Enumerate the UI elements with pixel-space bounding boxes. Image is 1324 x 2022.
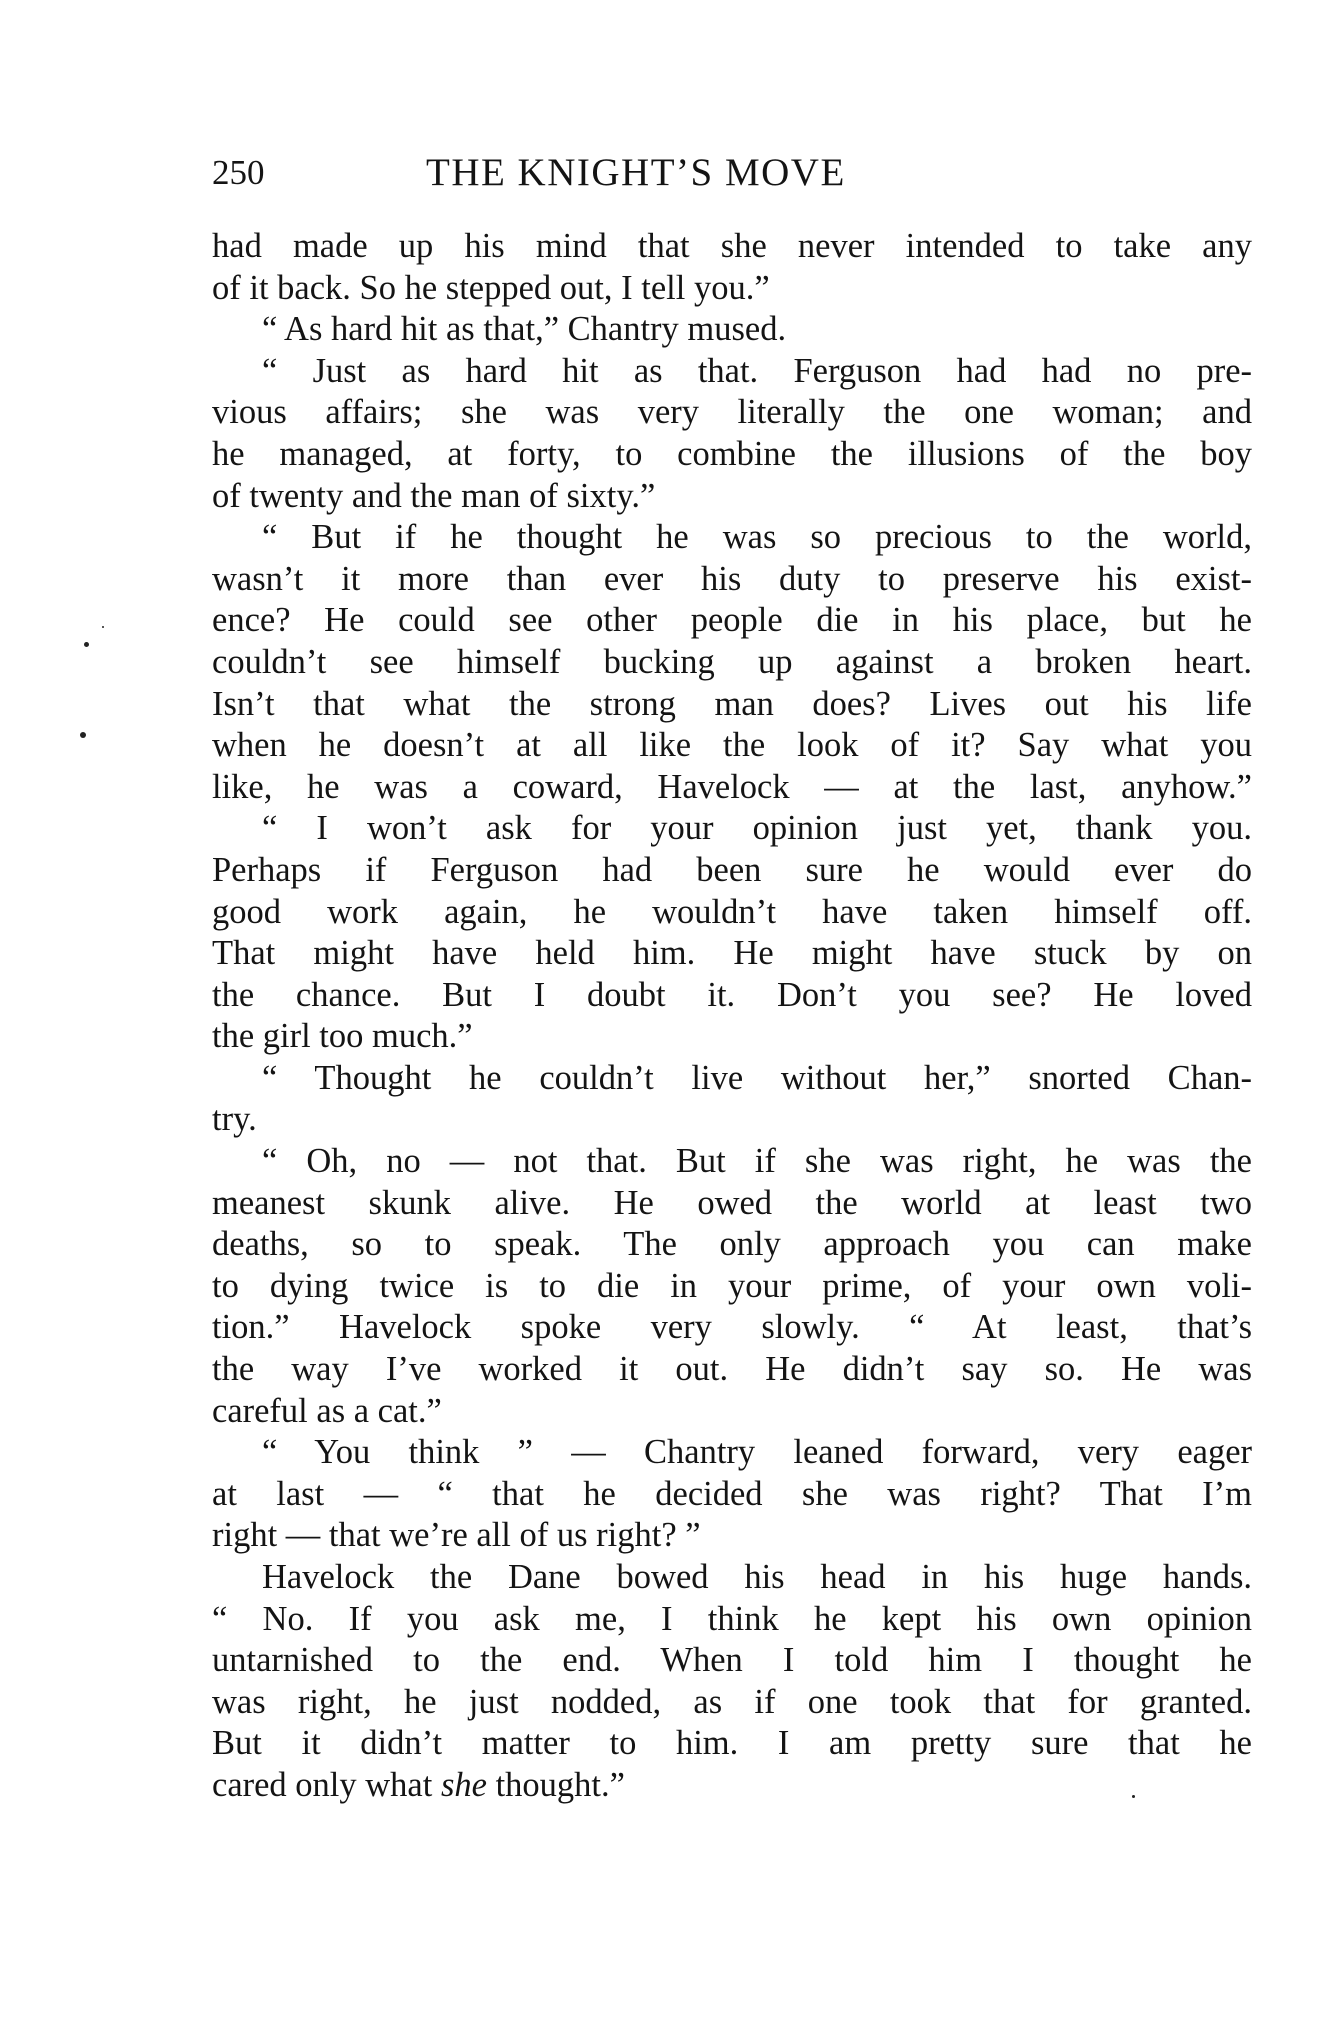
running-title: THE KNIGHT’S MOVE bbox=[426, 148, 846, 198]
text-line: the way I’ve worked it out. He didn’t sa… bbox=[212, 1349, 1252, 1391]
text-line: the girl too much.” bbox=[212, 1016, 1252, 1058]
scan-speck bbox=[1132, 1795, 1135, 1798]
scan-speck bbox=[80, 732, 86, 738]
text-segment: cared only what bbox=[212, 1766, 441, 1804]
text-line: “ But if he thought he was so precious t… bbox=[212, 517, 1252, 559]
text-line: had made up his mind that she never inte… bbox=[212, 226, 1252, 268]
text-line: “ You think ” — Chantry leaned forward, … bbox=[212, 1432, 1252, 1474]
text-line: “ As hard hit as that,” Chantry mused. bbox=[212, 309, 1252, 351]
text-line: “ Thought he couldn’t live without her,”… bbox=[212, 1058, 1252, 1100]
text-line: ence? He could see other people die in h… bbox=[212, 600, 1252, 642]
scan-speck bbox=[84, 642, 89, 647]
text-line: But it didn’t matter to him. I am pretty… bbox=[212, 1723, 1252, 1765]
text-line: untarnished to the end. When I told him … bbox=[212, 1640, 1252, 1682]
text-line: vious affairs; she was very literally th… bbox=[212, 392, 1252, 434]
text-line: “ Oh, no — not that. But if she was righ… bbox=[212, 1141, 1252, 1183]
text-line: tion.” Havelock spoke very slowly. “ At … bbox=[212, 1307, 1252, 1349]
text-line: meanest skunk alive. He owed the world a… bbox=[212, 1183, 1252, 1225]
text-line: That might have held him. He might have … bbox=[212, 933, 1252, 975]
text-line: wasn’t it more than ever his duty to pre… bbox=[212, 559, 1252, 601]
text-line: try. bbox=[212, 1099, 1252, 1141]
text-line: good work again, he wouldn’t have taken … bbox=[212, 892, 1252, 934]
text-line: at last — “ that he decided she was righ… bbox=[212, 1474, 1252, 1516]
text-line: deaths, so to speak. The only approach y… bbox=[212, 1224, 1252, 1266]
text-line: of twenty and the man of sixty.” bbox=[212, 476, 1252, 518]
body-text: had made up his mind that she never inte… bbox=[212, 226, 1252, 1807]
text-line: Perhaps if Ferguson had been sure he wou… bbox=[212, 850, 1252, 892]
text-line: the chance. But I doubt it. Don’t you se… bbox=[212, 975, 1252, 1017]
text-line: Havelock the Dane bowed his head in his … bbox=[212, 1557, 1252, 1599]
text-line: of it back. So he stepped out, I tell yo… bbox=[212, 268, 1252, 310]
text-segment: thought.” bbox=[487, 1766, 625, 1804]
book-page: 250 THE KNIGHT’S MOVE had made up his mi… bbox=[0, 0, 1324, 2022]
text-line: he managed, at forty, to combine the ill… bbox=[212, 434, 1252, 476]
text-line: right — that we’re all of us right? ” bbox=[212, 1515, 1252, 1557]
text-line: couldn’t see himself bucking up against … bbox=[212, 642, 1252, 684]
text-line: “ Just as hard hit as that. Ferguson had… bbox=[212, 351, 1252, 393]
text-line: to dying twice is to die in your prime, … bbox=[212, 1266, 1252, 1308]
text-line: careful as a cat.” bbox=[212, 1391, 1252, 1433]
italic-emphasis: she bbox=[441, 1766, 487, 1804]
text-line: Isn’t that what the strong man does? Liv… bbox=[212, 684, 1252, 726]
running-head: 250 THE KNIGHT’S MOVE bbox=[212, 148, 1252, 198]
text-line: “ I won’t ask for your opinion just yet,… bbox=[212, 808, 1252, 850]
text-line: like, he was a coward, Havelock — at the… bbox=[212, 767, 1252, 809]
text-line: when he doesn’t at all like the look of … bbox=[212, 725, 1252, 767]
text-line-last: cared only what she thought.” bbox=[212, 1765, 1252, 1807]
text-line: was right, he just nodded, as if one too… bbox=[212, 1682, 1252, 1724]
text-line: “ No. If you ask me, I think he kept his… bbox=[212, 1599, 1252, 1641]
page-number: 250 bbox=[212, 148, 265, 198]
scan-speck bbox=[102, 626, 104, 628]
